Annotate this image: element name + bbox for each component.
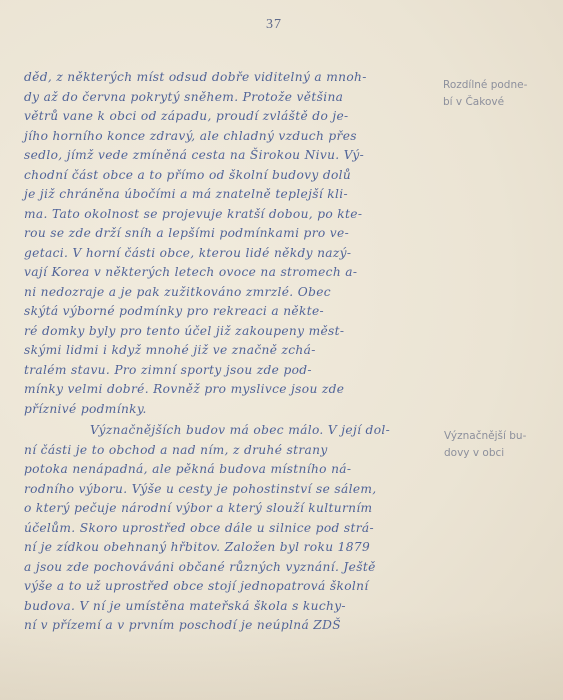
text-line: ré domky byly pro tento účel již zakoupe…: [24, 322, 434, 342]
text-line: je již chráněna úbočími a má znatelně te…: [24, 185, 434, 205]
margin-note-line: Význačnější bu-: [444, 428, 526, 445]
text-line: a jsou zde pochováváni občané různých vy…: [24, 558, 434, 578]
text-line: jího horního konce zdravý, ale chladný v…: [24, 127, 434, 147]
text-line: budova. V ní je umístěna mateřská škola …: [24, 597, 434, 617]
text-line: ní je zídkou obehnaný hřbitov. Založen b…: [24, 538, 434, 558]
text-line: skými lidmi i když mnohé již ve značně z…: [24, 341, 434, 361]
text-line: příznivé podmínky.: [24, 400, 434, 420]
page-number: 37: [266, 17, 282, 33]
text-line: ma. Tato okolnost se projevuje kratší do…: [24, 205, 434, 225]
text-line: getaci. V horní části obce, kterou lidé …: [24, 244, 434, 264]
margin-note-climate: Rozdílné podne- bí v Čakové: [443, 77, 527, 111]
chronicle-page: 37 děd, z některých míst odsud dobře vid…: [0, 0, 563, 700]
text-line: mínky velmi dobré. Rovněž pro myslivce j…: [24, 380, 434, 400]
text-line: vají Korea v některých letech ovoce na s…: [24, 263, 434, 283]
text-line: děd, z některých míst odsud dobře vidite…: [24, 68, 434, 88]
margin-note-line: Rozdílné podne-: [443, 77, 527, 94]
text-line: potoka nenápadná, ale pěkná budova místn…: [24, 460, 434, 480]
text-line: výše a to už uprostřed obce stojí jednop…: [24, 577, 434, 597]
text-line: větrů vane k obci od západu, proudí zvlá…: [24, 107, 434, 127]
margin-note-line: bí v Čakové: [443, 94, 527, 111]
main-text-block: děd, z některých míst odsud dobře vidite…: [24, 68, 434, 636]
text-line: rodního výboru. Výše u cesty je pohostin…: [24, 480, 434, 500]
text-line: skýtá výborné podmínky pro rekreaci a ně…: [24, 302, 434, 322]
text-line: účelům. Skoro uprostřed obce dále u siln…: [24, 519, 434, 539]
text-line: ni nedozraje a je pak zužitkováno zmrzlé…: [24, 283, 434, 303]
margin-note-buildings: Význačnější bu- dovy v obci: [444, 428, 526, 462]
margin-note-line: dovy v obci: [444, 445, 526, 462]
text-line: ní v přízemí a v prvním poschodí je neúp…: [24, 616, 434, 636]
text-line: ní části je to obchod a nad ním, z druhé…: [24, 441, 434, 461]
text-line: chodní část obce a to přímo od školní bu…: [24, 166, 434, 186]
paragraph-start-line: Význačnějších budov má obec málo. V její…: [24, 421, 434, 441]
text-line: o který pečuje národní výbor a který slo…: [24, 499, 434, 519]
text-line: rou se zde drží sníh a lepšími podmínkam…: [24, 224, 434, 244]
text-line: sedlo, jímž vede zmíněná cesta na Široko…: [24, 146, 434, 166]
text-line: dy až do června pokrytý sněhem. Protože …: [24, 88, 434, 108]
text-line: tralém stavu. Pro zimní sporty jsou zde …: [24, 361, 434, 381]
